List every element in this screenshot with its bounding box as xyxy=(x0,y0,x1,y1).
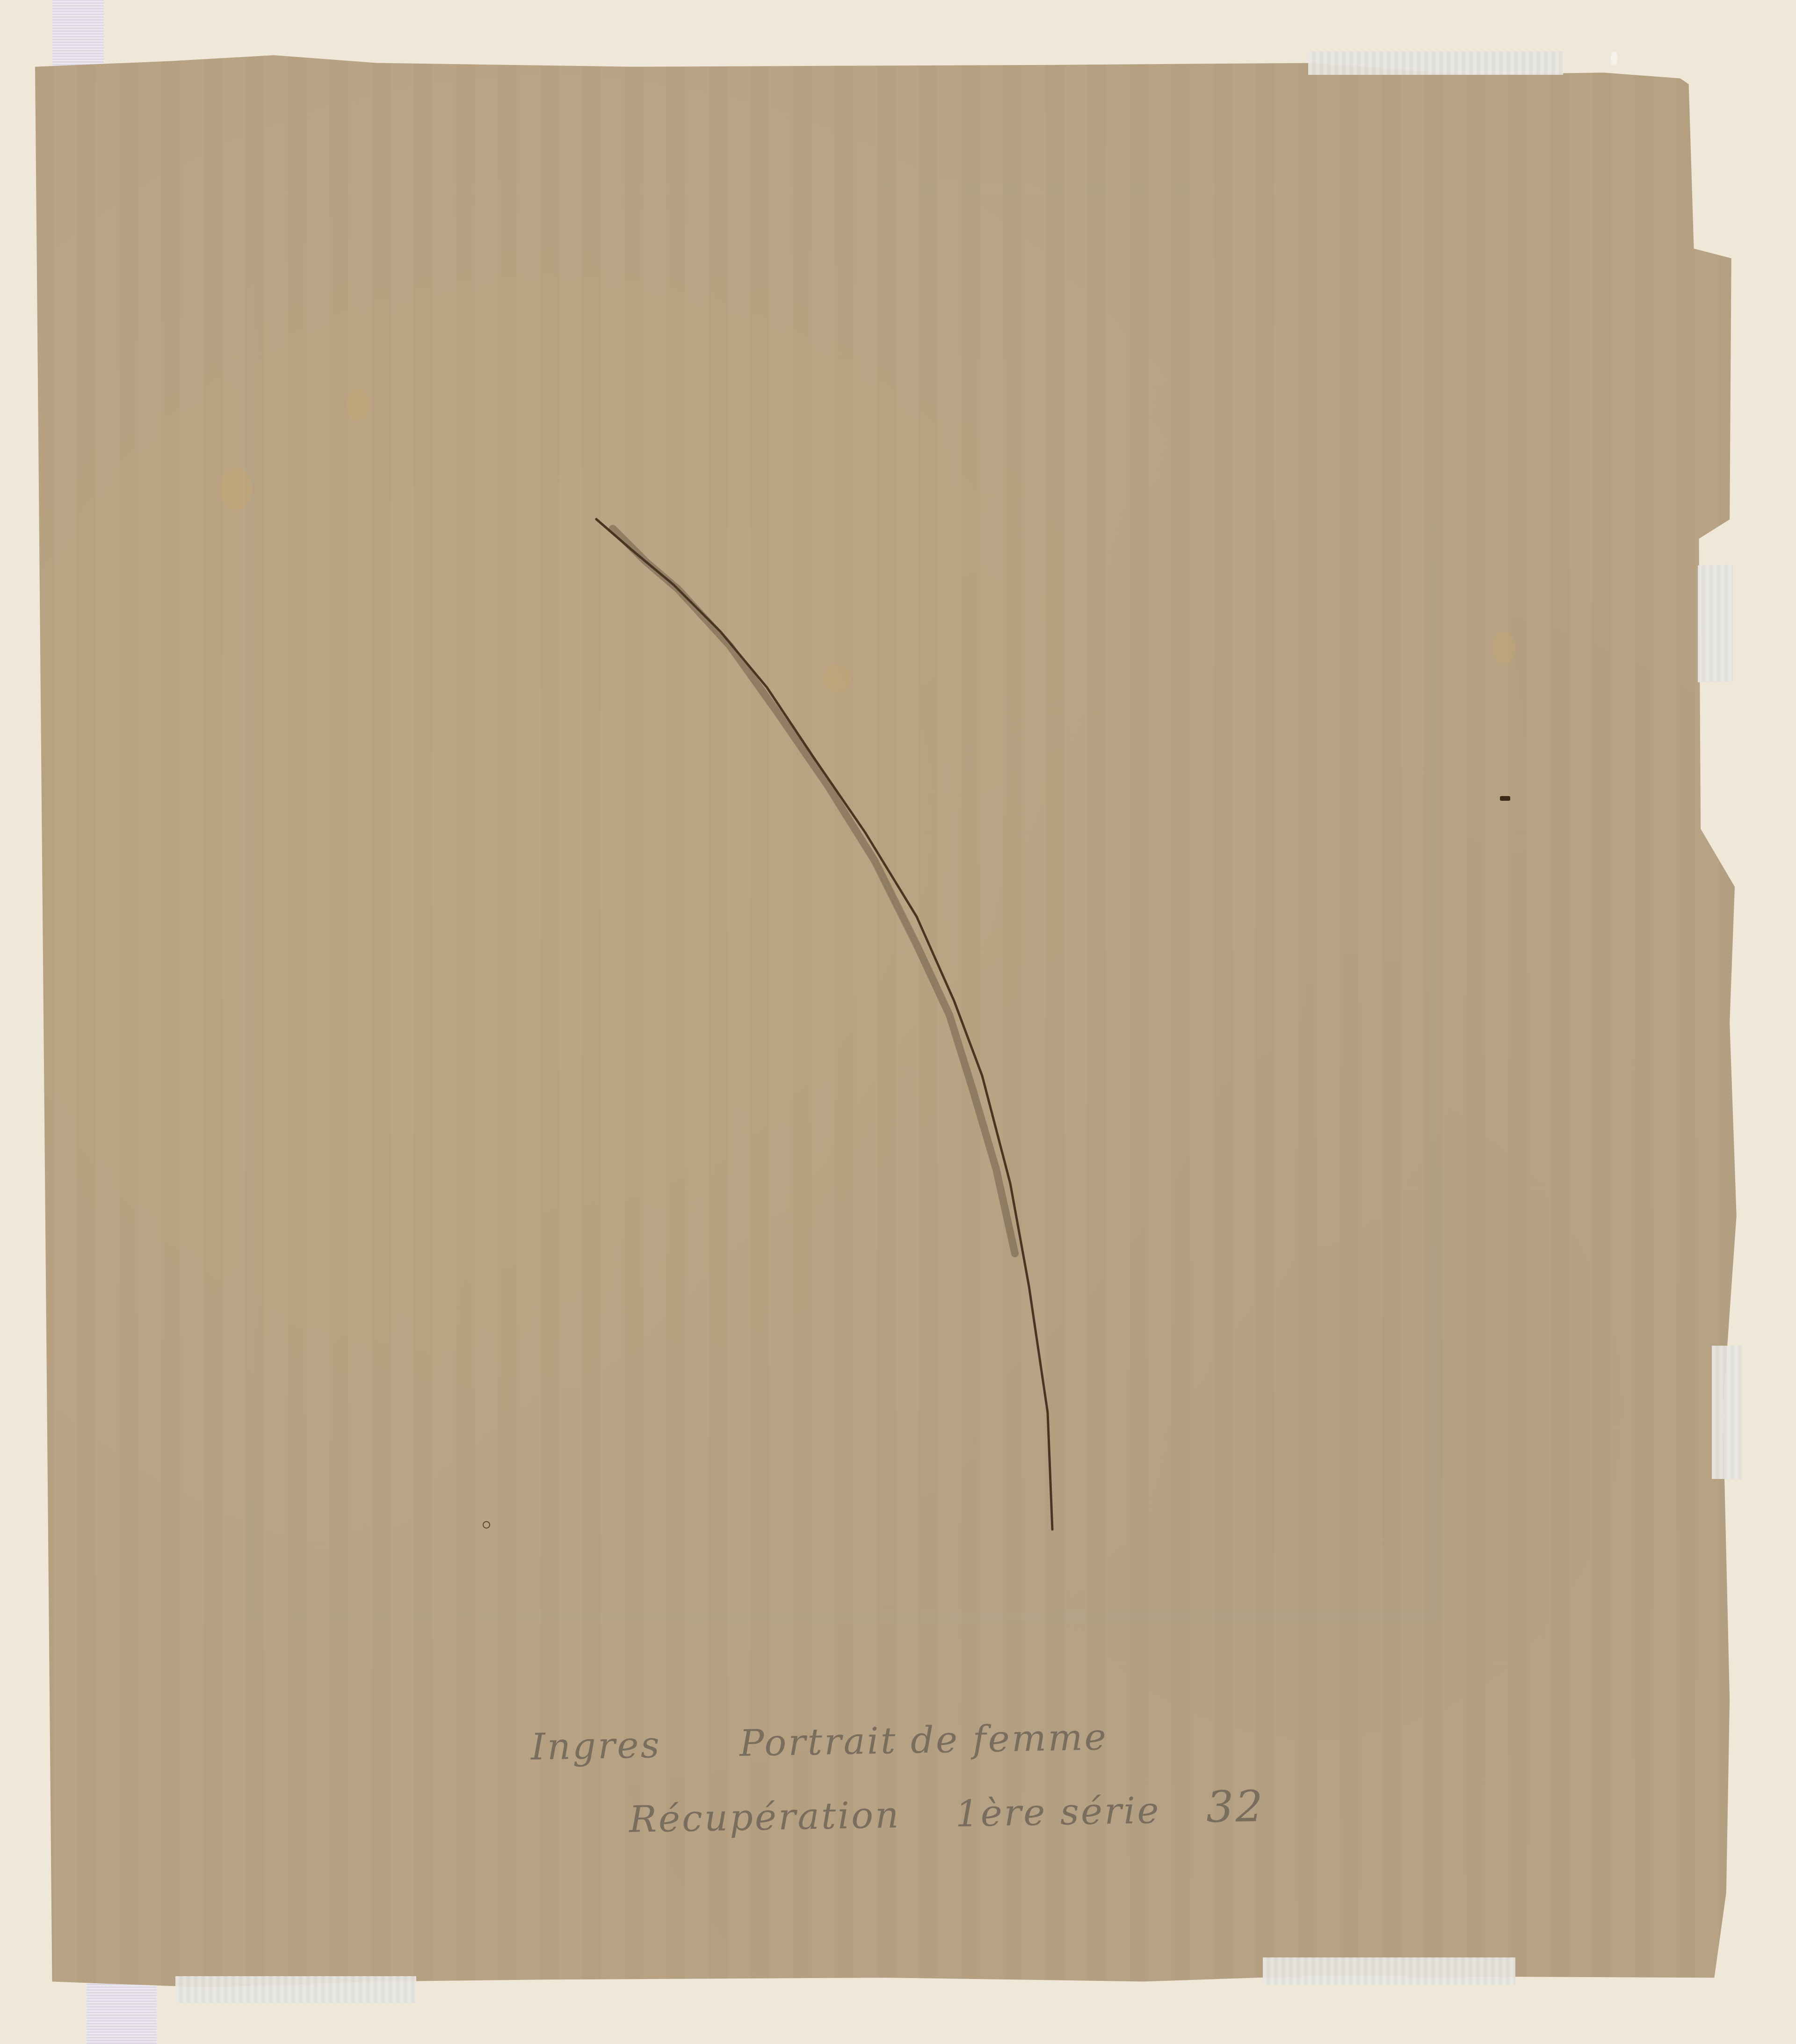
series-number: 32 xyxy=(1206,1781,1265,1832)
recuperation-label: Récupération xyxy=(629,1794,901,1841)
artwork-title: Portrait de femme xyxy=(739,1716,1108,1765)
series-label: 1ère série xyxy=(955,1790,1161,1835)
artist-name: Ingres xyxy=(530,1724,661,1769)
